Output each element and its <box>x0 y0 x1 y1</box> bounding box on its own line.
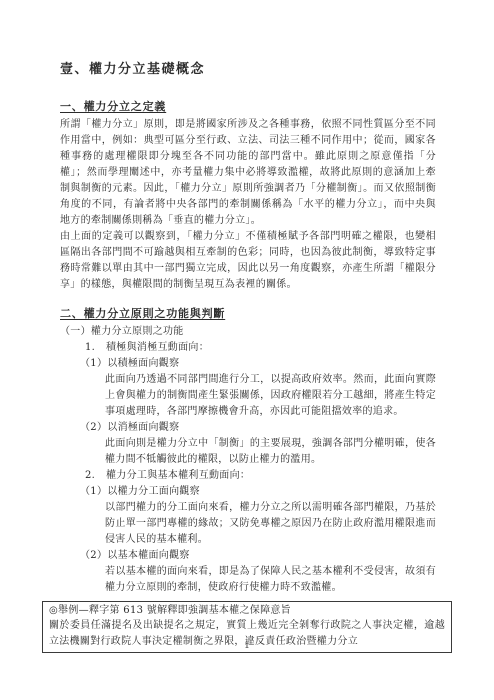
document-page: 壹、權力分立基礎概念 一、權力分立之定義 所謂「權力分立」原則，即是將國家所涉及… <box>0 0 494 700</box>
section-functions: 二、權力分立原則之功能與判斷 （一）權力分立原則之功能 1. 積極與消極互動面向… <box>60 306 436 596</box>
subsection-label: （一）權力分立原則之功能 <box>60 324 436 340</box>
subitem-number: （2） <box>80 420 107 436</box>
example-box-title: ◎舉例—釋字第 613 號解釋即強調基本權之保障意旨 <box>49 603 445 618</box>
subitem-label: 以積極面向觀察 <box>107 356 179 372</box>
list-item-label: 積極與消極互動面向： <box>106 340 209 356</box>
paragraph-definition-2: 由上面的定義可以觀察到，「權力分立」不僅積極賦予各部門明確之權限，也變相區隔出各… <box>60 229 436 293</box>
subitem-number: （1） <box>80 484 107 500</box>
subitem-1-2: （2） 以消極面向觀察 此面向則是權力分立中「制衡」的主要展現，強調各部門分權明… <box>60 420 436 468</box>
subitem-2-2: （2） 以基本權面向觀察 若以基本權的面向來看，即是為了保障人民之基本權利不受侵… <box>60 548 436 596</box>
subitem-body: 若以基本權的面向來看，即是為了保障人民之基本權利不受侵害，故須有權力分立原則的牽… <box>105 564 436 596</box>
list-item-2-heading: 2. 權力分工與基本權利互動面向： <box>85 468 436 484</box>
list-item-1-heading: 1. 積極與消極互動面向： <box>85 340 436 356</box>
subitem-body: 此面向乃透過不同部門間進行分工，以提高政府效率。然而，此面向實際上會與權力的制衡… <box>105 372 436 420</box>
subitem-label: 以基本權面向觀察 <box>107 548 189 564</box>
subitem-1-2-heading: （2） 以消極面向觀察 <box>80 420 436 436</box>
document-title: 壹、權力分立基礎概念 <box>60 58 436 77</box>
section2-heading: 二、權力分立原則之功能與判斷 <box>60 306 436 322</box>
subitem-1-1: （1） 以積極面向觀察 此面向乃透過不同部門間進行分工，以提高政府效率。然而，此… <box>60 356 436 420</box>
subitem-2-1-heading: （1） 以權力分工面向觀察 <box>80 484 436 500</box>
list-item-number: 1. <box>85 340 106 356</box>
section1-heading: 一、權力分立之定義 <box>60 99 436 115</box>
subitem-1-1-heading: （1） 以積極面向觀察 <box>80 356 436 372</box>
section-definition: 一、權力分立之定義 所謂「權力分立」原則，即是將國家所涉及之各種事務，依照不同性… <box>60 99 436 293</box>
page-number: 1 <box>0 641 494 651</box>
subitem-body: 此面向則是權力分立中「制衡」的主要展現，強調各部門分權明確，使各權力間不牴觸彼此… <box>105 436 436 468</box>
subitem-number: （1） <box>80 356 107 372</box>
list-item-2: 2. 權力分工與基本權利互動面向： （1） 以權力分工面向觀察 以部門權力的分工… <box>60 468 436 596</box>
subitem-label: 以消極面向觀察 <box>107 420 179 436</box>
list-item-number: 2. <box>85 468 106 484</box>
document-content: 壹、權力分立基礎概念 一、權力分立之定義 所謂「權力分立」原則，即是將國家所涉及… <box>0 0 494 653</box>
subitem-2-2-heading: （2） 以基本權面向觀察 <box>80 548 436 564</box>
subitem-label: 以權力分工面向觀察 <box>107 484 200 500</box>
subitem-body: 以部門權力的分工面向來看，權力分立之所以需明確各部門權限，乃基於防止單一部門專權… <box>105 500 436 548</box>
list-item-label: 權力分工與基本權利互動面向： <box>106 468 250 484</box>
list-item-1: 1. 積極與消極互動面向： （1） 以積極面向觀察 此面向乃透過不同部門間進行分… <box>60 340 436 468</box>
subitem-2-1: （1） 以權力分工面向觀察 以部門權力的分工面向來看，權力分立之所以需明確各部門… <box>60 484 436 548</box>
paragraph-definition-1: 所謂「權力分立」原則，即是將國家所涉及之各種事務，依照不同性質區分至不同作用當中… <box>60 117 436 229</box>
subitem-number: （2） <box>80 548 107 564</box>
